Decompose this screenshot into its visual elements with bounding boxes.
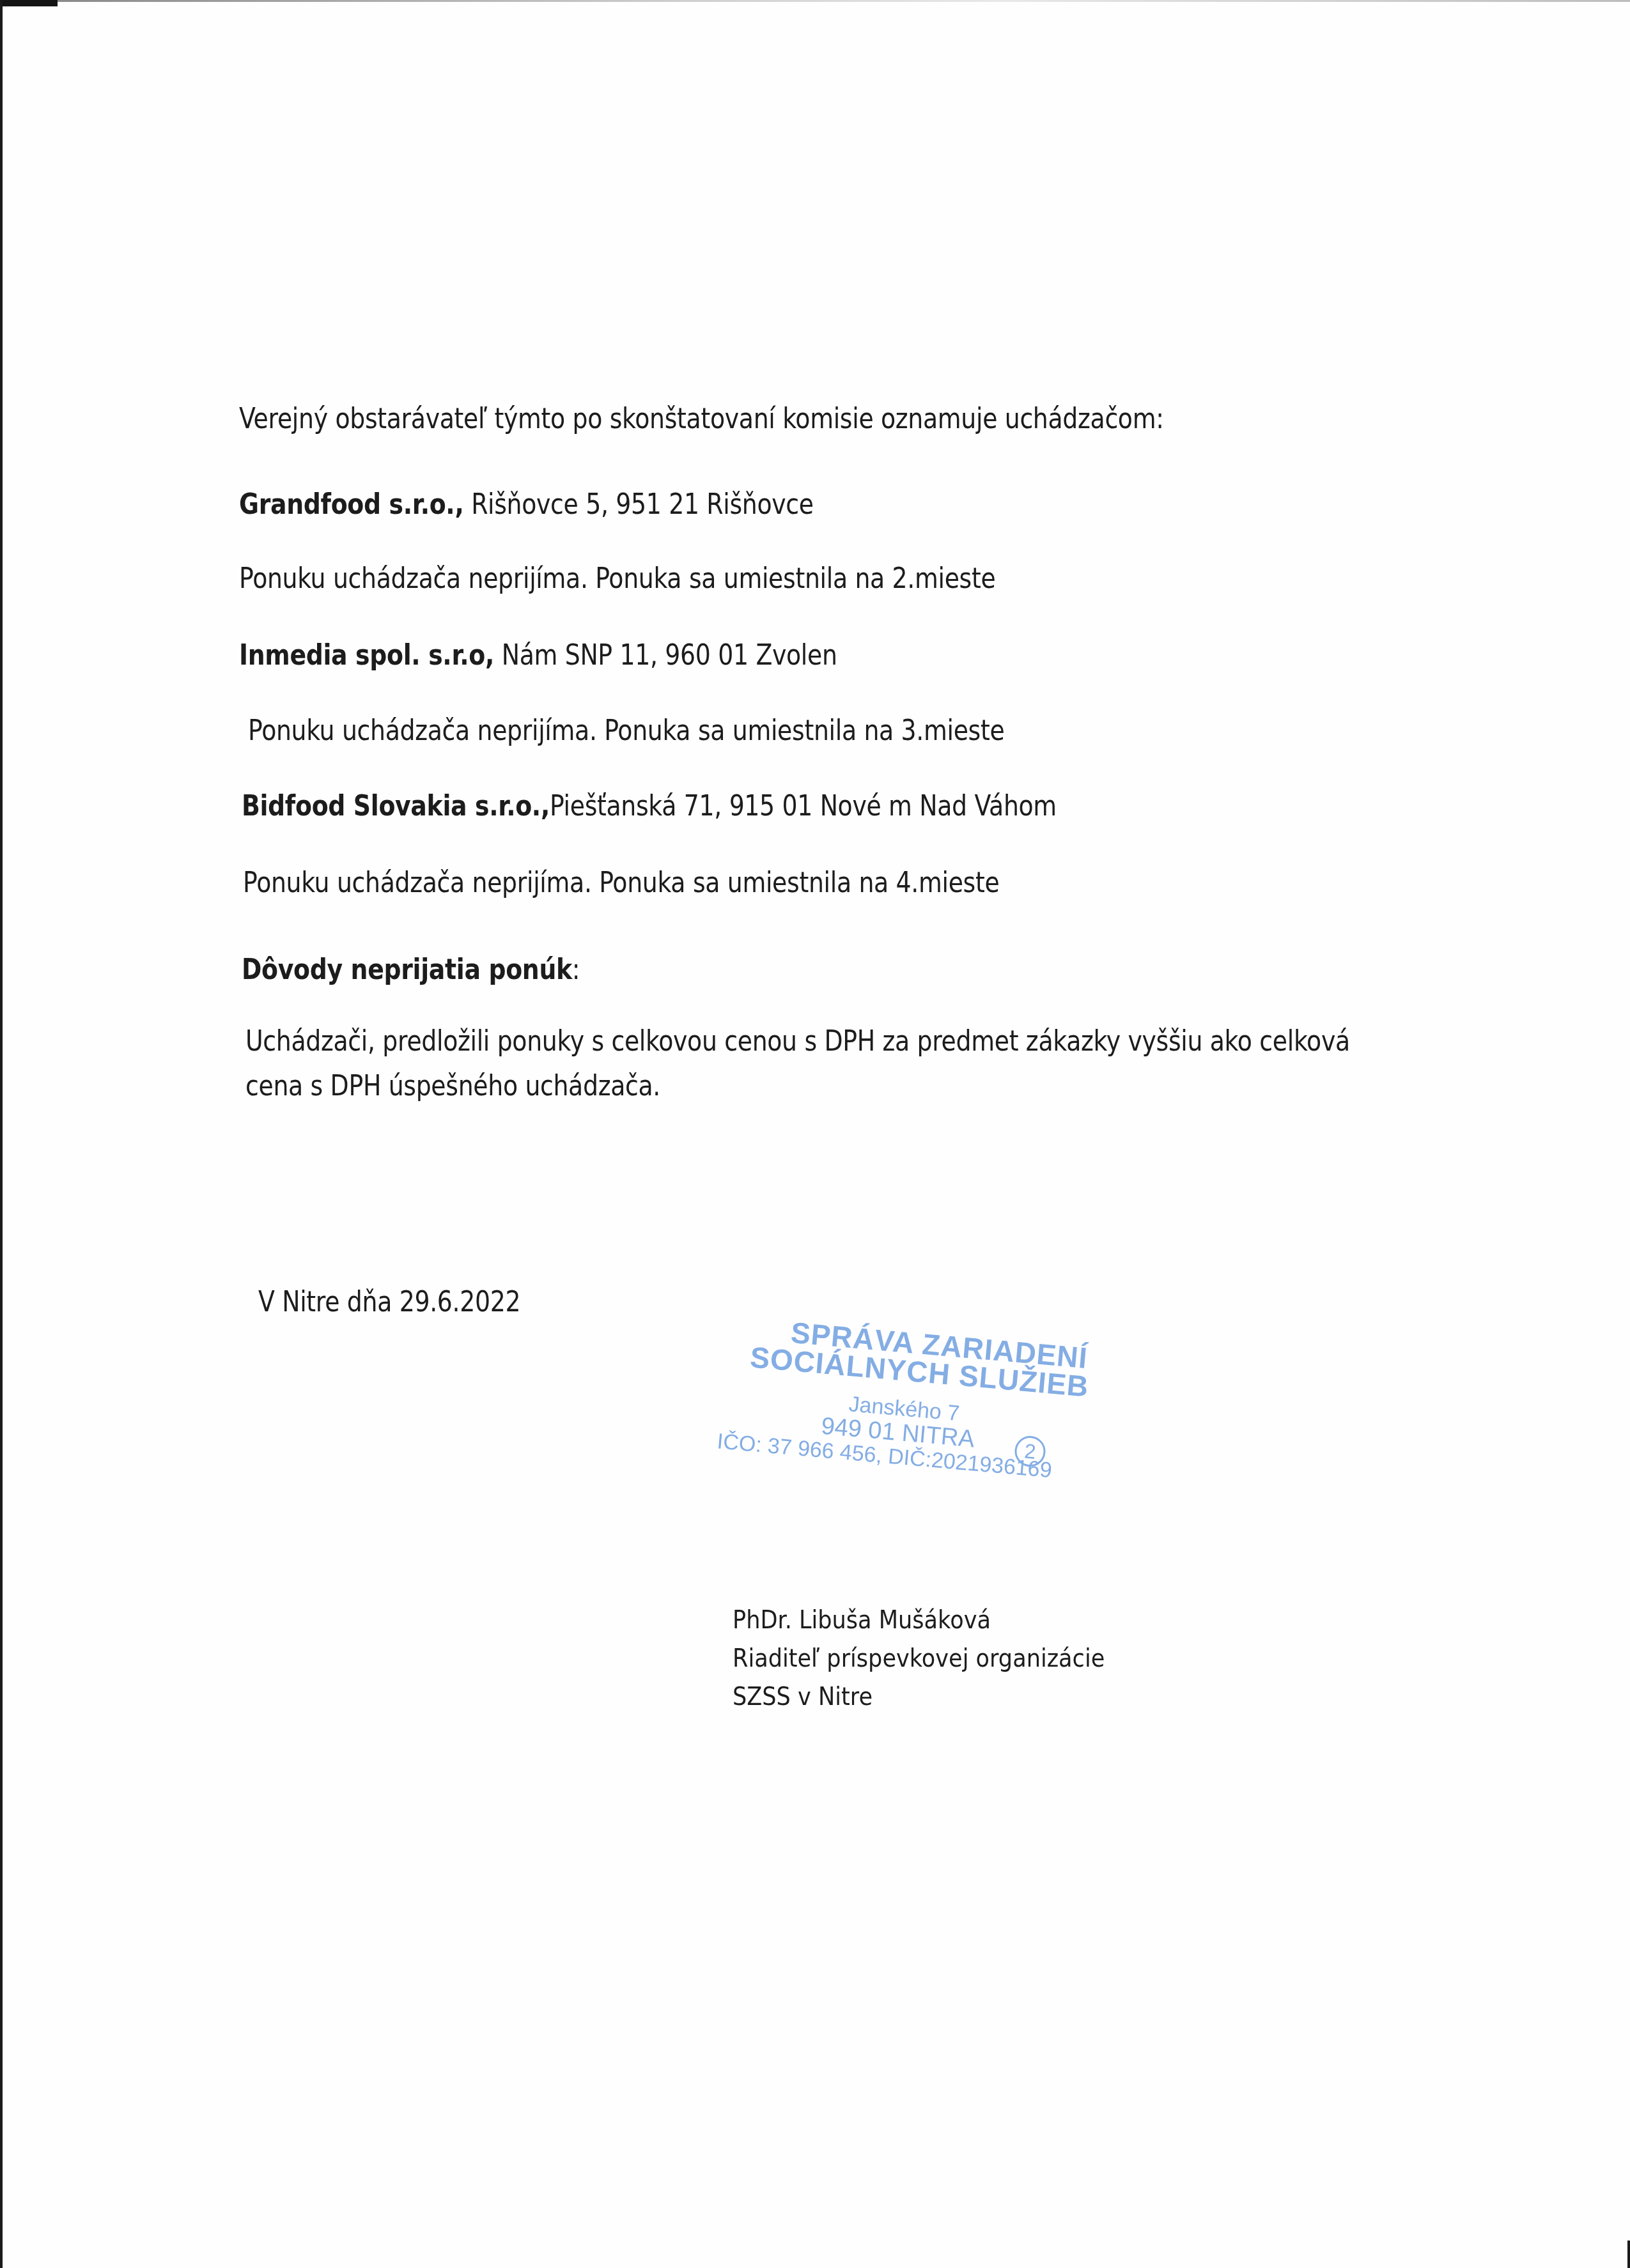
bidder-2-status: Ponuku uchádzača neprijíma. Ponuka sa um… (248, 713, 1004, 749)
intro-text: Verejný obstarávateľ týmto po skonštatov… (239, 401, 1164, 437)
scan-artifact-left-edge (0, 0, 3, 2268)
bidder-2-name: Inmedia spol. s.r.o, (239, 639, 494, 672)
scan-artifact-bottom-right (1627, 2241, 1630, 2268)
scan-artifact-top-edge (58, 0, 1630, 2)
bidder-3-address: Piešťanská 71, 915 01 Nové m Nad Váhom (550, 790, 1057, 822)
bidder-3-heading: Bidfood Slovakia s.r.o.,Piešťanská 71, 9… (242, 789, 1057, 824)
reasons-heading-colon: : (572, 953, 580, 986)
place-and-date: V Nitre dňa 29.6.2022 (258, 1284, 520, 1320)
bidder-3-name: Bidfood Slovakia s.r.o., (242, 790, 550, 822)
bidder-1-heading: Grandfood s.r.o., Rišňovce 5, 951 21 Riš… (239, 487, 814, 523)
signatory-title: Riaditeľ príspevkovej organizácie (733, 1640, 1105, 1678)
bidder-1-status: Ponuku uchádzača neprijíma. Ponuka sa um… (239, 561, 995, 597)
signatory-name: PhDr. Libuša Mušáková (733, 1601, 1105, 1640)
signature-block: PhDr. Libuša Mušáková Riaditeľ príspevko… (733, 1601, 1105, 1716)
reasons-text-line-2: cena s DPH úspešného uchádzača. (245, 1068, 660, 1104)
official-stamp: SPRÁVA ZARIADENÍ SOCIÁLNYCH SLUŽIEB Jans… (720, 1310, 1105, 1520)
bidder-1-address: Rišňovce 5, 951 21 Rišňovce (463, 488, 813, 521)
reasons-heading: Dôvody neprijatia ponúk: (242, 952, 580, 988)
bidder-2-address: Nám SNP 11, 960 01 Zvolen (494, 639, 837, 672)
reasons-text-line-1: Uchádzači, predložili ponuky s celkovou … (245, 1024, 1350, 1060)
bidder-3-status: Ponuku uchádzača neprijíma. Ponuka sa um… (243, 865, 999, 901)
signatory-organization: SZSS v Nitre (733, 1678, 1105, 1716)
scanned-document-page: Verejný obstarávateľ týmto po skonštatov… (0, 0, 1630, 2268)
reasons-heading-text: Dôvody neprijatia ponúk (242, 953, 572, 986)
bidder-1-name: Grandfood s.r.o., (239, 488, 463, 521)
bidder-2-heading: Inmedia spol. s.r.o, Nám SNP 11, 960 01 … (239, 638, 837, 674)
scan-artifact-top-left (0, 0, 58, 6)
